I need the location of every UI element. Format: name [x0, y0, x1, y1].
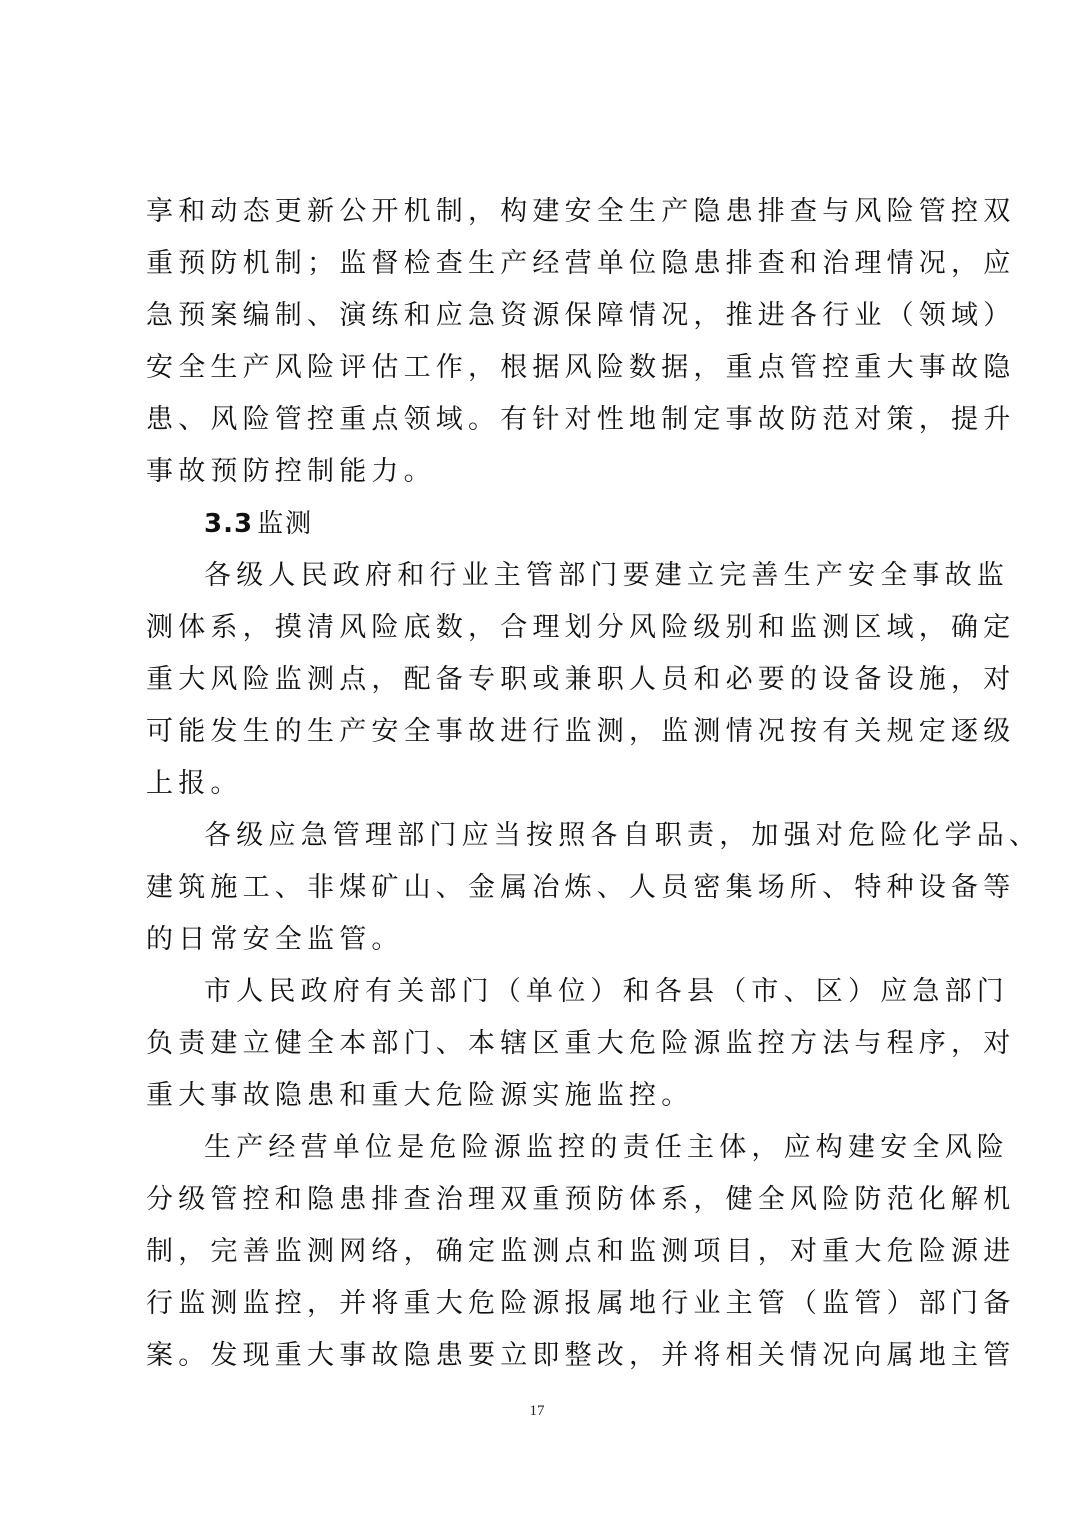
section-heading: 3.3监测: [146, 498, 932, 550]
text-line: 制，完善监测网络，确定监测点和监测项目，对重大危险源进: [146, 1226, 932, 1278]
text-line: 重预防机制；监督检查生产经营单位隐患排查和治理情况，应: [146, 238, 932, 290]
section-number: 3.3: [204, 509, 253, 539]
text-line: 可能发生的生产安全事故进行监测，监测情况按有关规定逐级: [146, 706, 932, 758]
text-line: 安全生产风险评估工作，根据风险数据，重点管控重大事故隐: [146, 342, 932, 394]
text-line: 享和动态更新公开机制，构建安全生产隐患排查与风险管控双: [146, 186, 932, 238]
text-line: 行监测监控，并将重大危险源报属地行业主管（监管）部门备: [146, 1278, 932, 1330]
text-line: 上报。: [146, 758, 932, 810]
text-line: 生产经营单位是危险源监控的责任主体，应构建安全风险: [146, 1122, 932, 1174]
text-line: 测体系，摸清风险底数，合理划分风险级别和监测区域，确定: [146, 602, 932, 654]
text-line: 分级管控和隐患排查治理双重预防体系，健全风险防范化解机: [146, 1174, 932, 1226]
text-line: 各级人民政府和行业主管部门要建立完善生产安全事故监: [146, 550, 932, 602]
paragraph-monitoring-system: 各级人民政府和行业主管部门要建立完善生产安全事故监 测体系，摸清风险底数，合理划…: [146, 550, 932, 810]
text-line: 患、风险管控重点领域。有针对性地制定事故防范对策，提升: [146, 394, 932, 446]
paragraph-emergency-supervision: 各级应急管理部门应当按照各自职责，加强对危险化学品、 建筑施工、非煤矿山、金属冶…: [146, 810, 932, 966]
page-number: 17: [0, 1403, 1074, 1420]
document-page: 享和动态更新公开机制，构建安全生产隐患排查与风险管控双 重预防机制；监督检查生产…: [0, 0, 1074, 1520]
text-line: 重大事故隐患和重大危险源实施监控。: [146, 1070, 932, 1122]
paragraph-continued: 享和动态更新公开机制，构建安全生产隐患排查与风险管控双 重预防机制；监督检查生产…: [146, 186, 932, 498]
text-line: 急预案编制、演练和应急资源保障情况，推进各行业（领域）: [146, 290, 932, 342]
text-line: 市人民政府有关部门（单位）和各县（市、区）应急部门: [146, 966, 932, 1018]
text-line: 事故预防控制能力。: [146, 446, 932, 498]
text-line: 重大风险监测点，配备专职或兼职人员和必要的设备设施，对: [146, 654, 932, 706]
document-body: 享和动态更新公开机制，构建安全生产隐患排查与风险管控双 重预防机制；监督检查生产…: [146, 186, 932, 1382]
text-line: 案。发现重大事故隐患要立即整改，并将相关情况向属地主管: [146, 1330, 932, 1382]
section-title: 监测: [257, 509, 313, 539]
text-line: 各级应急管理部门应当按照各自职责，加强对危险化学品、: [146, 810, 932, 862]
text-line: 建筑施工、非煤矿山、金属冶炼、人员密集场所、特种设备等: [146, 862, 932, 914]
text-line: 负责建立健全本部门、本辖区重大危险源监控方法与程序，对: [146, 1018, 932, 1070]
text-line: 的日常安全监管。: [146, 914, 932, 966]
paragraph-hazard-control: 市人民政府有关部门（单位）和各县（市、区）应急部门 负责建立健全本部门、本辖区重…: [146, 966, 932, 1122]
paragraph-enterprise-responsibility: 生产经营单位是危险源监控的责任主体，应构建安全风险 分级管控和隐患排查治理双重预…: [146, 1122, 932, 1382]
